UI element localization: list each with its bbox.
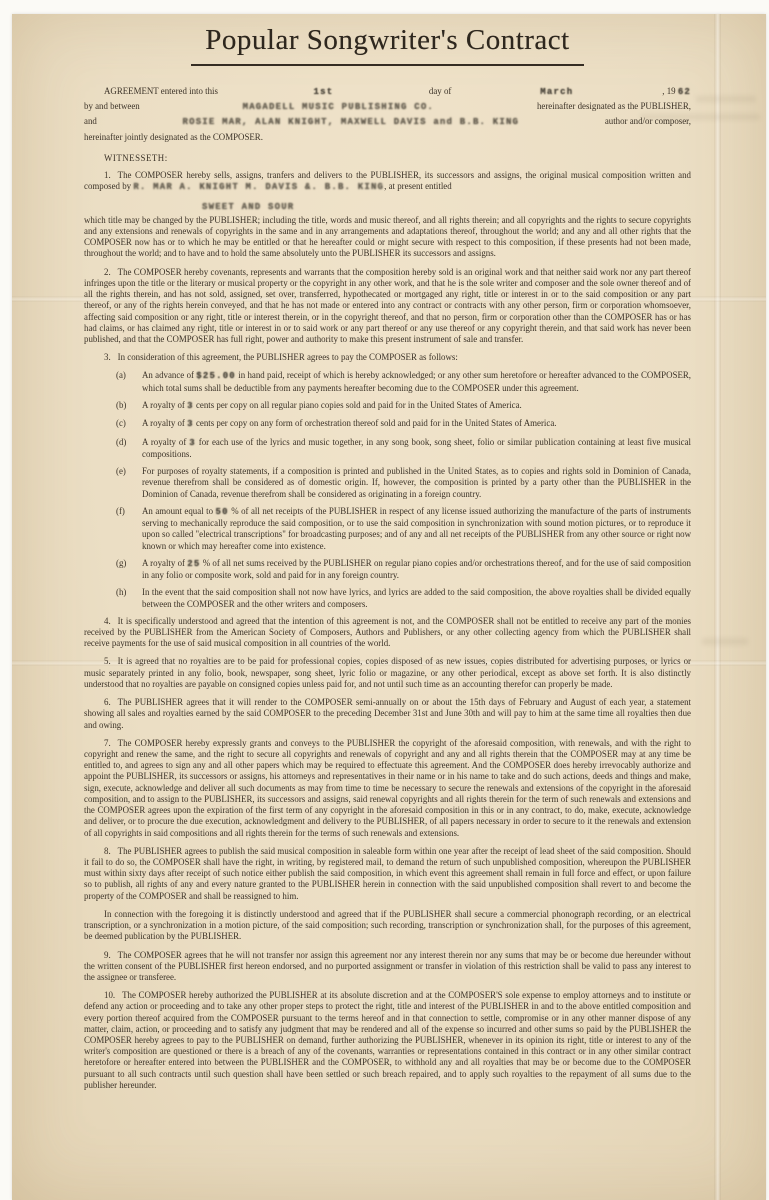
- subclause-c-pre: A royalty of: [142, 418, 185, 428]
- clause-1-number: 1.: [104, 170, 111, 180]
- clause-4-text: It is specifically understood and agreed…: [84, 616, 691, 648]
- subclause-g-text: A royalty of 25 % of all net sums receiv…: [142, 558, 691, 582]
- clause-7-number: 7.: [104, 738, 111, 748]
- subclause-d-label: (d): [116, 437, 142, 461]
- composer-names-slot: ROSIE MAR, ALAN KNIGHT, MAXWELL DAVIS an…: [97, 116, 605, 128]
- subclause-a-pre: An advance of: [142, 370, 194, 380]
- clause-10: 10.The COMPOSER hereby authorized the PU…: [84, 990, 691, 1091]
- subclause-b: (b) A royalty of 3 cents per copy on all…: [84, 400, 691, 412]
- clause-1-continuation: which title may be changed by the PUBLIS…: [84, 215, 691, 260]
- typed-royalty-c: 3: [187, 419, 194, 429]
- clause-8-continuation: In connection with the foregoing it is d…: [84, 909, 691, 943]
- subclause-c-label: (c): [116, 418, 142, 430]
- subclause-e-pre: For purposes of royalty statements, if a…: [142, 466, 691, 498]
- clause-4: 4.It is specifically understood and agre…: [84, 616, 691, 650]
- composer-designation-line: hereinafter jointly designated as the CO…: [84, 132, 691, 143]
- royalty-subclauses: (a) An advance of $25.00 in hand paid, r…: [84, 370, 691, 609]
- subclause-a-text: An advance of $25.00 in hand paid, recei…: [142, 370, 691, 394]
- clause-9-number: 9.: [104, 950, 111, 960]
- clause-5-text: It is agreed that no royalties are to be…: [84, 656, 691, 688]
- clause-3-text: In consideration of this agreement, the …: [118, 352, 458, 362]
- document-scan: Popular Songwriter's Contract AGREEMENT …: [0, 0, 769, 1200]
- subclause-e-label: (e): [116, 466, 142, 500]
- witnesseth-heading: WITNESSETH:: [84, 153, 691, 164]
- subclause-d-pre: A royalty of: [142, 437, 186, 447]
- song-title-line: SWEET AND SOUR: [202, 201, 691, 213]
- clause-3-number: 3.: [104, 352, 111, 362]
- subclause-e-text: For purposes of royalty statements, if a…: [142, 466, 691, 500]
- subclause-h-text: In the event that the said composition s…: [142, 587, 691, 609]
- subclause-f-pre: An amount equal to: [142, 506, 213, 516]
- clause-9: 9.The COMPOSER agrees that he will not t…: [84, 950, 691, 984]
- clause-1: 1.The COMPOSER hereby sells, assigns, tr…: [84, 170, 691, 194]
- subclause-b-pre: A royalty of: [142, 400, 185, 410]
- clause-6: 6.The PUBLISHER agrees that it will rend…: [84, 697, 691, 731]
- subclause-b-text: A royalty of 3 cents per copy on all reg…: [142, 400, 691, 412]
- clause-9-text: The COMPOSER agrees that he will not tra…: [84, 950, 691, 982]
- subclause-b-post: cents per copy on all regular piano copi…: [196, 400, 522, 410]
- publisher-line-pre: by and between: [84, 101, 140, 112]
- subclause-d: (d) A royalty of 3 for each use of the l…: [84, 437, 691, 461]
- clause-4-number: 4.: [104, 616, 111, 626]
- subclause-a-label: (a): [116, 370, 142, 394]
- typed-percent-f: 50: [216, 507, 229, 517]
- clause-2-text: The COMPOSER hereby covenants, represent…: [84, 267, 691, 344]
- contract-title: Popular Songwriter's Contract: [191, 22, 583, 66]
- subclause-h-pre: In the event that the said composition s…: [142, 587, 691, 608]
- subclause-c-post: cents per copy on any form of orchestrat…: [196, 418, 557, 428]
- publisher-name-slot: MAGADELL MUSIC PUBLISHING CO.: [140, 101, 537, 113]
- clause-2: 2.The COMPOSER hereby covenants, represe…: [84, 267, 691, 346]
- subclause-g-label: (g): [116, 558, 142, 582]
- year-prefix: , 19: [662, 86, 675, 96]
- typed-writer-credits: R. MAR A. KNIGHT M. DAVIS &. B.B. KING: [133, 182, 384, 192]
- subclause-g-post: % of all net sums received by the PUBLIS…: [142, 558, 691, 580]
- date-day-slot: 1st: [218, 86, 429, 98]
- typed-royalty-b: 3: [187, 401, 194, 411]
- subclause-d-post: for each use of the lyrics and music tog…: [142, 437, 691, 459]
- preamble: AGREEMENT entered into this 1st day of M…: [84, 86, 691, 164]
- composer-line-end: author and/or composer,: [605, 116, 691, 127]
- clause-8: 8.The PUBLISHER agrees to publish the sa…: [84, 846, 691, 902]
- typed-advance-amount: $25.00: [196, 371, 236, 381]
- typed-song-title: SWEET AND SOUR: [202, 202, 294, 212]
- typed-day: 1st: [314, 87, 334, 97]
- clause-7-text: The COMPOSER hereby expressly grants and…: [84, 738, 691, 838]
- typed-composer-names: ROSIE MAR, ALAN KNIGHT, MAXWELL DAVIS an…: [183, 117, 520, 127]
- subclause-f-text: An amount equal to 50 % of all net recei…: [142, 506, 691, 552]
- clause-8-text: The PUBLISHER agrees to publish the said…: [84, 846, 691, 901]
- title-block: Popular Songwriter's Contract: [84, 22, 691, 66]
- year-slot: , 19 62: [662, 86, 691, 98]
- subclause-f-label: (f): [116, 506, 142, 552]
- clause-7: 7.The COMPOSER hereby expressly grants a…: [84, 738, 691, 839]
- subclause-d-text: A royalty of 3 for each use of the lyric…: [142, 437, 691, 461]
- typed-month: March: [540, 87, 573, 97]
- subclause-c-text: A royalty of 3 cents per copy on any for…: [142, 418, 691, 430]
- subclause-a: (a) An advance of $25.00 in hand paid, r…: [84, 370, 691, 394]
- clause-6-text: The PUBLISHER agrees that it will render…: [84, 697, 691, 729]
- clause-10-text: The COMPOSER hereby authorized the PUBLI…: [84, 990, 691, 1090]
- clause-8-number: 8.: [104, 846, 111, 856]
- composer-line: and ROSIE MAR, ALAN KNIGHT, MAXWELL DAVI…: [84, 116, 691, 128]
- subclause-c: (c) A royalty of 3 cents per copy on any…: [84, 418, 691, 430]
- typed-percent-g: 25: [187, 559, 200, 569]
- subclause-e: (e) For purposes of royalty statements, …: [84, 466, 691, 500]
- clause-6-number: 6.: [104, 697, 111, 707]
- clause-3: 3.In consideration of this agreement, th…: [84, 352, 691, 363]
- contract-content: Popular Songwriter's Contract AGREEMENT …: [0, 0, 769, 1098]
- publisher-line: by and between MAGADELL MUSIC PUBLISHING…: [84, 101, 691, 113]
- subclause-h: (h) In the event that the said compositi…: [84, 587, 691, 609]
- typed-year: 62: [678, 87, 691, 97]
- composer-line-pre: and: [84, 116, 97, 127]
- subclause-h-label: (h): [116, 587, 142, 609]
- subclause-g: (g) A royalty of 25 % of all net sums re…: [84, 558, 691, 582]
- subclause-g-pre: A royalty of: [142, 558, 185, 568]
- clause-5: 5.It is agreed that no royalties are to …: [84, 656, 691, 690]
- agreement-line-mid: day of: [429, 86, 451, 97]
- publisher-line-end: hereinafter designated as the PUBLISHER,: [537, 101, 691, 112]
- clause-5-number: 5.: [104, 656, 111, 666]
- subclause-f: (f) An amount equal to 50 % of all net r…: [84, 506, 691, 552]
- typed-royalty-d: 3: [189, 438, 196, 448]
- clause-1-mid: , at present entitled: [384, 181, 452, 191]
- clause-2-number: 2.: [104, 267, 111, 277]
- clause-10-number: 10.: [104, 990, 115, 1000]
- date-month-slot: March: [451, 86, 662, 98]
- subclause-b-label: (b): [116, 400, 142, 412]
- typed-publisher-name: MAGADELL MUSIC PUBLISHING CO.: [243, 102, 434, 112]
- agreement-date-line: AGREEMENT entered into this 1st day of M…: [84, 86, 691, 98]
- agreement-line-pre: AGREEMENT entered into this: [84, 86, 218, 97]
